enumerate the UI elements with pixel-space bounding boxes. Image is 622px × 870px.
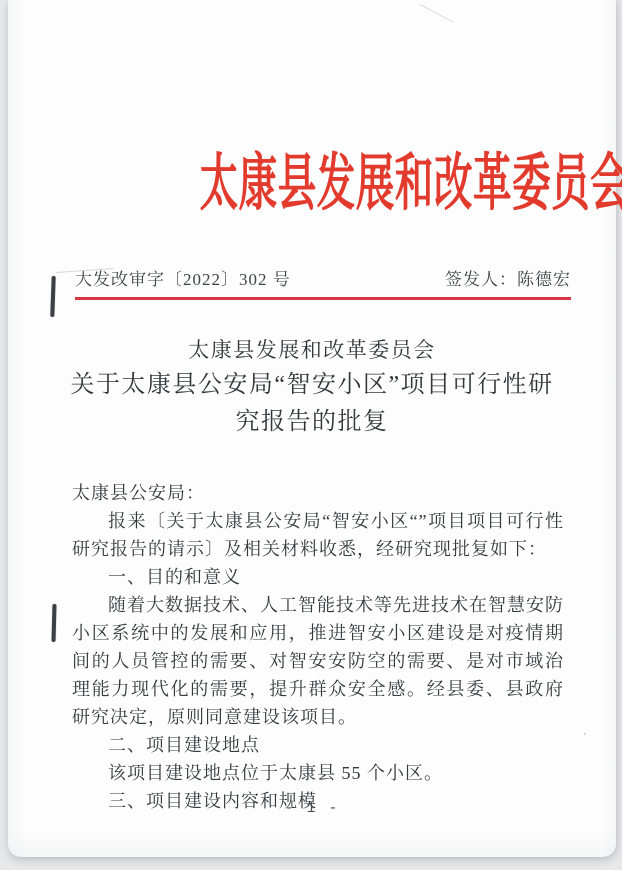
body-paragraph: 该项目建设地点位于太康县 55 个小区。	[72, 759, 564, 787]
document-number: 大发改审字〔2022〕302 号	[75, 265, 291, 290]
subject-title-line-1: 关于太康县公安局“智安小区”项目可行性研	[64, 367, 560, 404]
scan-speck	[584, 733, 586, 735]
section-heading-1: 一、目的和意义	[72, 563, 564, 591]
document-org-title: 太康县发展和改革委员会	[64, 334, 560, 364]
red-divider-rule	[75, 297, 571, 300]
subject-title-line-2: 究报告的批复	[64, 404, 560, 441]
scanned-document-page: 太康县发展和改革委员会文件 大发改审字〔2022〕302 号 签发人：陈德宏 太…	[8, 0, 616, 857]
signer-name: 签发人：陈德宏	[445, 265, 571, 290]
scan-speck	[280, 283, 283, 286]
document-meta-row: 大发改审字〔2022〕302 号 签发人：陈德宏	[75, 265, 571, 290]
document-subject-title: 关于太康县公安局“智安小区”项目可行性研 究报告的批复	[64, 367, 560, 441]
red-header-banner: 太康县发展和改革委员会文件	[44, 150, 612, 218]
section-heading-2: 二、项目建设地点	[72, 731, 564, 759]
scan-crease-line	[420, 4, 454, 23]
staple-binding-mark-bottom	[52, 604, 57, 642]
staple-binding-mark-top	[50, 276, 55, 317]
salutation-line: 太康县公安局：	[72, 479, 564, 507]
page-number: - 1 -	[8, 800, 616, 817]
document-body: 太康县公安局： 报来〔关于太康县公安局“智安小区“”项目项目可行性研究报告的请示…	[72, 479, 564, 815]
issuing-agency-banner-title: 太康县发展和改革委员会文件	[200, 150, 622, 218]
body-paragraph: 随着大数据技术、人工智能技术等先进技术在智慧安防小区系统中的发展和应用，推进智安…	[72, 591, 564, 731]
body-paragraph: 报来〔关于太康县公安局“智安小区“”项目项目可行性研究报告的请示〕及相关材料收悉…	[72, 507, 564, 563]
